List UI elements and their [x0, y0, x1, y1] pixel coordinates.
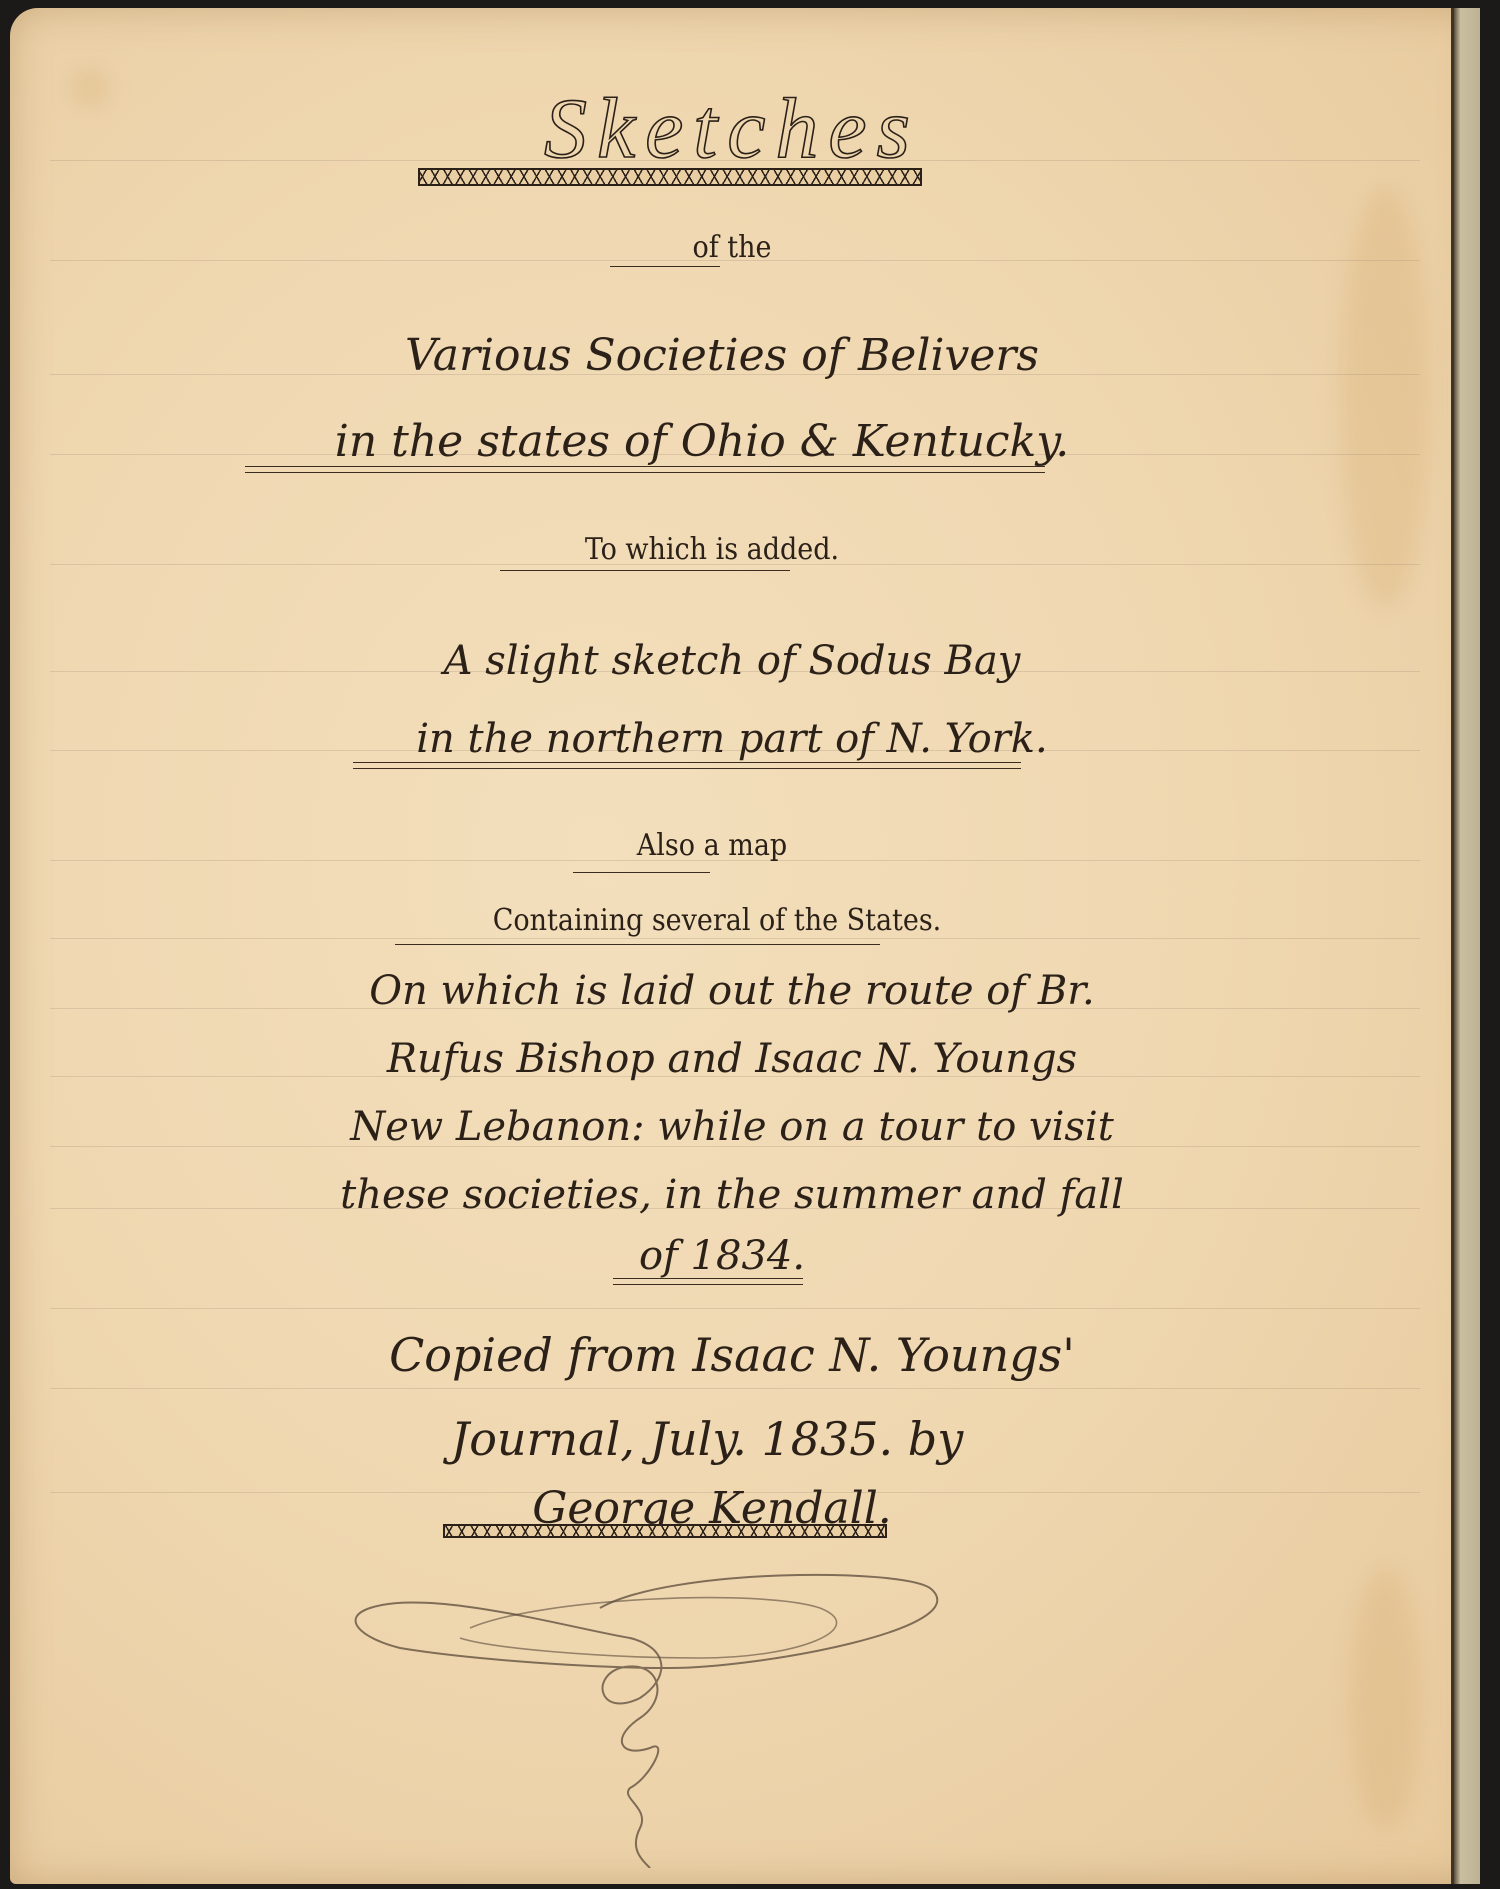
line-various-societies: Various Societies of Belivers: [0, 330, 1454, 381]
flourish-ornament: [340, 1548, 960, 1868]
double-underline: [613, 1278, 803, 1285]
manuscript-page: Sketches of the Various Societies of Bel…: [10, 8, 1480, 1884]
line-route: On which is laid out the route of Br.: [10, 968, 1454, 1014]
water-stain: [1350, 1568, 1420, 1828]
line-copied-from: Copied from Isaac N. Youngs': [10, 1328, 1454, 1382]
double-underline: [353, 762, 1021, 769]
line-sodus-bay: A slight sketch of Sodus Bay: [10, 638, 1454, 684]
double-underline: [245, 466, 1045, 473]
line-societies-summer-fall: these societies, in the summer and fall: [10, 1172, 1454, 1218]
underline: [610, 266, 720, 267]
underline: [500, 570, 790, 571]
ruled-line: [50, 1388, 1420, 1389]
line-ohio-kentucky: in the states of Ohio & Kentucky.: [0, 416, 1454, 467]
ruled-line: [50, 938, 1420, 939]
title-sketches: Sketches: [10, 78, 1454, 178]
ornamental-underline: [418, 168, 922, 186]
underline: [573, 872, 710, 873]
ornamental-underline: [443, 1524, 887, 1538]
book-binding-edge: [1451, 8, 1480, 1884]
line-journal-date: Journal, July. 1835. by: [0, 1412, 1454, 1466]
line-to-which-is-added: To which is added.: [0, 532, 1454, 567]
line-containing-states: Containing several of the States.: [0, 903, 1454, 938]
line-northern-ny: in the northern part of N. York.: [10, 716, 1454, 762]
subtitle-of-the: of the: [10, 230, 1454, 265]
line-new-lebanon: New Lebanon: while on a tour to visit: [10, 1104, 1454, 1150]
ruled-line: [50, 1308, 1420, 1309]
line-year-1834: of 1834.: [0, 1233, 1454, 1279]
line-also-a-map: Also a map: [0, 828, 1454, 863]
line-rufus-bishop: Rufus Bishop and Isaac N. Youngs: [10, 1036, 1454, 1082]
underline: [395, 944, 880, 945]
